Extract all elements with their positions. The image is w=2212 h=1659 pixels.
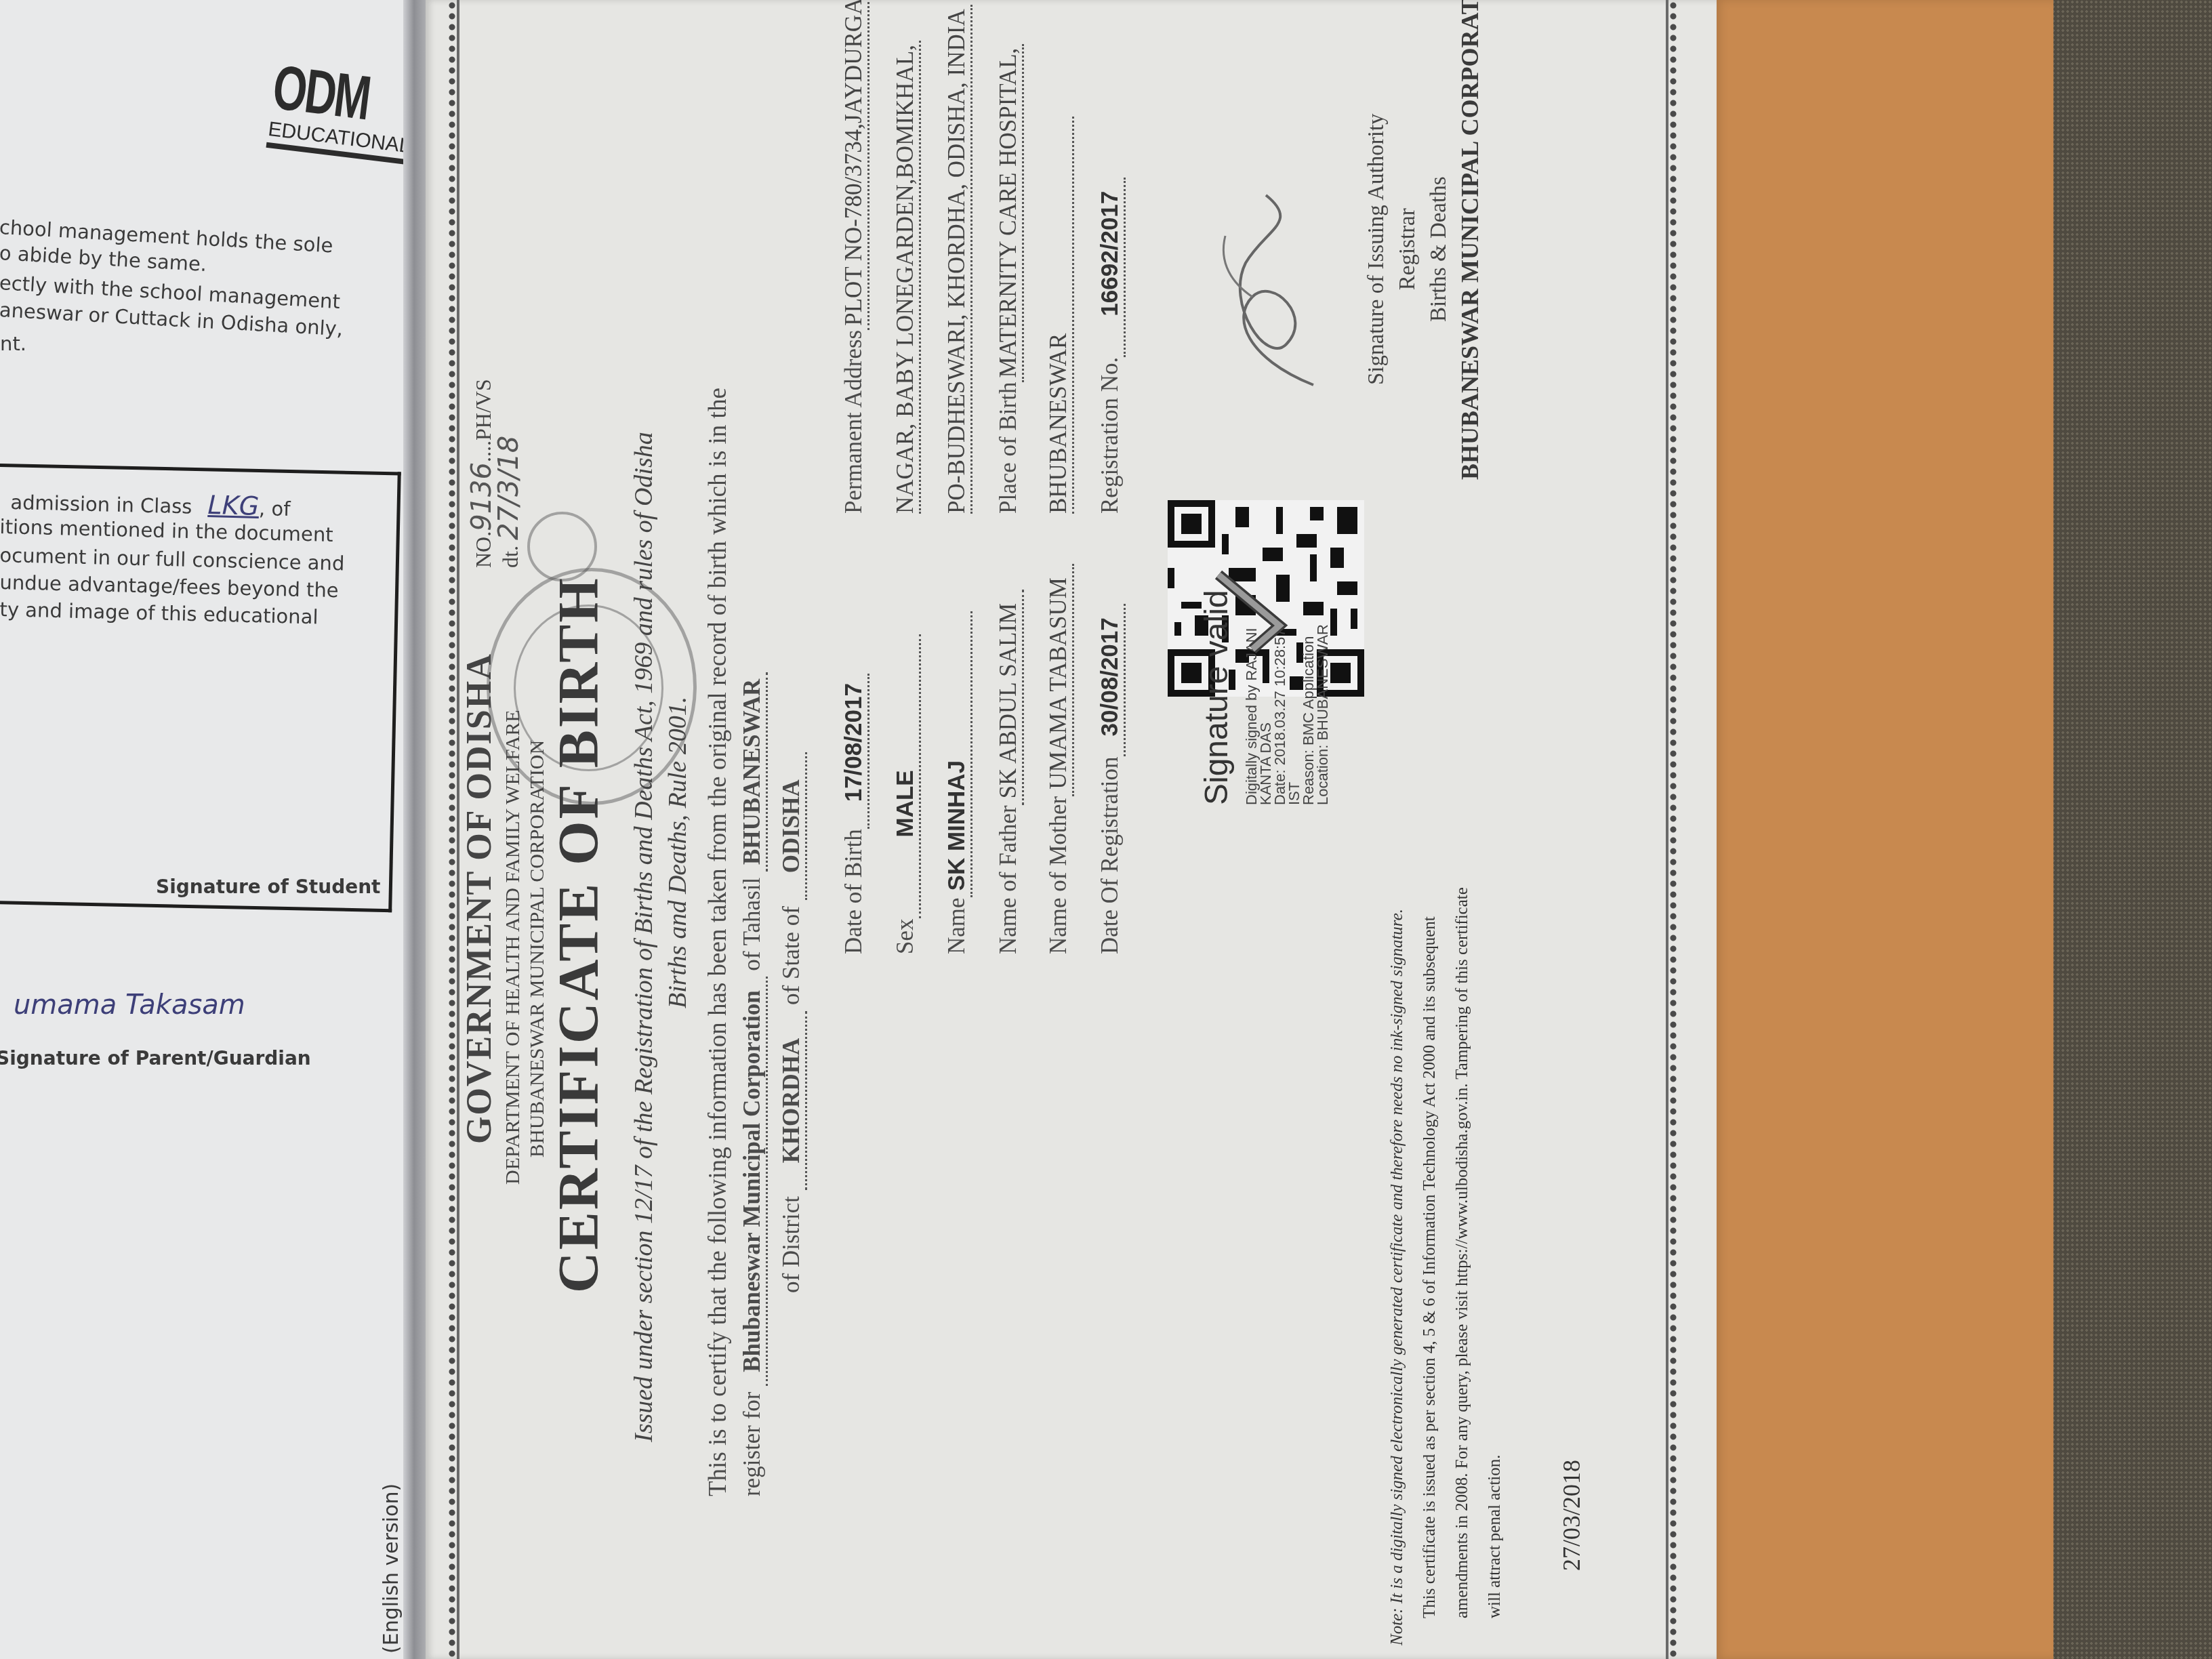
parent-signature-label: Signature of Parent/Guardian bbox=[0, 1047, 311, 1069]
issuing-corporation: BHUBANESWAR MUNICIPAL CORPORATION bbox=[1456, 0, 1484, 480]
issued-under-line: Issued under section 12/17 of the Regist… bbox=[629, 432, 659, 1442]
district-state: of District KHORDHA of State of ODISHA bbox=[778, 752, 807, 1293]
field-address: Permanent AddressPLOT NO-780/3734,JAYDUR… bbox=[840, 0, 869, 514]
class-field: LKG bbox=[207, 490, 260, 521]
checkmark-icon bbox=[1212, 568, 1293, 656]
certificate-border-bottom bbox=[1666, 0, 1678, 1659]
field-mother: Name of MotherUMAMA TABASUM bbox=[1045, 564, 1074, 954]
student-signature-label: Signature of Student bbox=[156, 876, 381, 898]
address-line-2: NAGAR, BABY LONEGARDEN,BOMIKHAL, bbox=[892, 41, 921, 514]
version-label: (English version) bbox=[380, 1483, 403, 1654]
birth-certificate: NO.9136....PH/VS dt. 27/3/18 GOVERNMENT … bbox=[426, 0, 1717, 1659]
ref-date: dt. 27/3/18 bbox=[493, 436, 525, 568]
parent-signature: umama Takasam bbox=[14, 989, 245, 1021]
field-reg-no: Registration No.16692/2017 bbox=[1097, 178, 1126, 514]
department-heading: DEPARTMENT OF HEALTH AND FAMILY WELFARE bbox=[501, 710, 525, 1185]
govt-heading: GOVERNMENT OF ODISHA bbox=[459, 653, 499, 1144]
field-reg-date: Date Of Registration30/08/2017 bbox=[1097, 604, 1126, 954]
corporation-heading: BHUBANESWAR MUNICIPAL CORPORATION bbox=[526, 740, 549, 1158]
issued-under-rule: Births and Deaths, Rule 2001. bbox=[663, 697, 693, 1008]
certificate-note: Note: It is a digitally signed electroni… bbox=[1381, 887, 1511, 1645]
emblem-icon bbox=[527, 512, 597, 581]
field-name: NameSK MINHAJ bbox=[943, 611, 972, 954]
school-form-page: ODM EDUCATIONAL chool management holds t… bbox=[0, 0, 410, 1659]
issuing-authority: Signature of Issuing Authority Registrar… bbox=[1361, 113, 1454, 385]
certificate-border-top bbox=[447, 0, 459, 1659]
certificate-title: CERTIFICATE OF BIRTH bbox=[546, 576, 612, 1293]
orange-folder bbox=[1715, 0, 2053, 1659]
handwritten-signature bbox=[1205, 182, 1340, 398]
issue-date: 27/03/2018 bbox=[1557, 1460, 1586, 1571]
field-sex: SexMALE bbox=[892, 634, 921, 954]
field-place: Place of BirthMATERNITY CARE HOSPITAL, bbox=[995, 44, 1024, 514]
field-father: Name of FatherSK ABDUL SALIM bbox=[995, 590, 1024, 954]
place-line-2: BHUBANESWAR bbox=[1045, 117, 1074, 514]
fabric-background bbox=[2047, 0, 2212, 1659]
policy-line: nt. bbox=[0, 332, 26, 355]
register-for: register for Bhubaneswar Municipal Corpo… bbox=[739, 672, 768, 1496]
field-dob: Date of Birth17/08/2017 bbox=[840, 674, 869, 954]
odm-logo: ODM EDUCATIONAL bbox=[266, 56, 410, 165]
certify-line: This is to certify that the following in… bbox=[703, 388, 733, 1496]
address-line-3: PO-BUDHESWARI, KHORDHA, ODISHA, INDIA bbox=[943, 5, 972, 514]
